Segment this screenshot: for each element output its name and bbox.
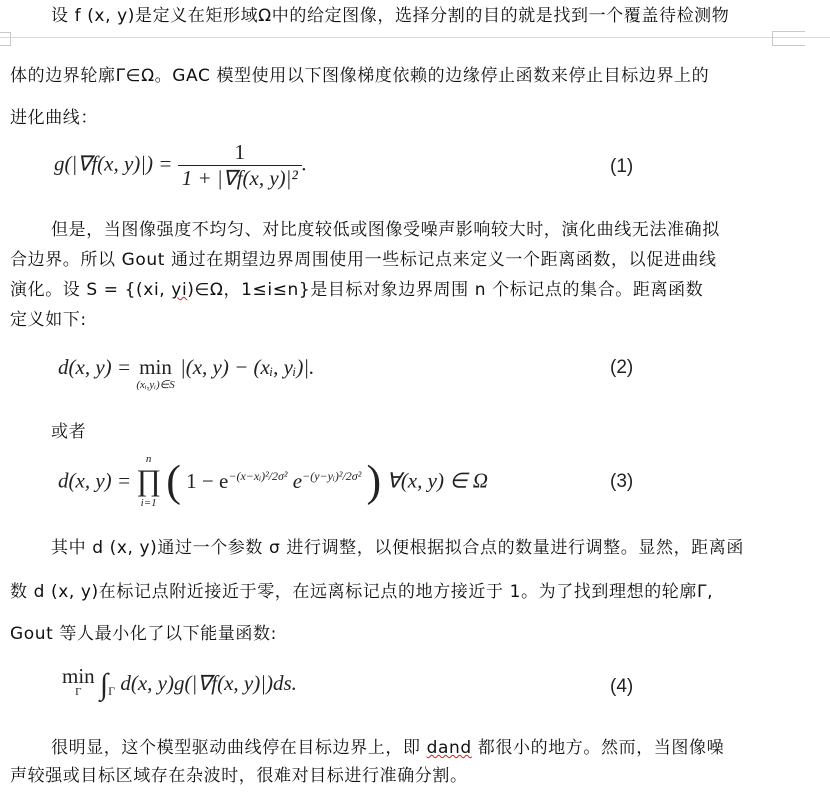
eq3-product-lower: i=1 xyxy=(136,496,161,510)
eq3-right-paren: ) xyxy=(367,457,382,506)
page-corner-mark-right xyxy=(772,31,805,46)
equation-2: d(x, y) = min (xᵢ,yᵢ)∈S |(x, y) − (xᵢ, y… xyxy=(58,355,314,390)
p2-line3-part-a: 演化。设 S = {(xi, xyxy=(10,280,171,300)
paragraph-3-line-1: 其中 d (x, y)通过一个参数 σ 进行调整，以便根据拟合点的数量进行调整。… xyxy=(51,536,744,560)
eq3-exponent-2: −(y−yᵢ)²/2σ² xyxy=(302,469,361,483)
paragraph-3-line-3: Gout 等人最小化了以下能量函数: xyxy=(10,622,277,646)
eq3-product-operator: n ∏ i=1 xyxy=(136,452,161,510)
eq3-body-b: e xyxy=(293,469,302,493)
page-corner-mark-left xyxy=(0,32,11,46)
eq1-numerator: 1 xyxy=(178,140,302,166)
eq3-body-a: 1 − e xyxy=(186,469,228,493)
eq1-period: . xyxy=(302,151,307,175)
equation-3-number: (3) xyxy=(610,471,633,493)
equation-1: g(|∇f(x, y)|) = 1 1 + |∇f(x, y)|² . xyxy=(54,140,307,191)
eq2-min: min xyxy=(139,355,172,379)
eq2-lhs: d(x, y) = xyxy=(58,355,131,379)
spellcheck-flagged-word[interactable]: yi xyxy=(171,280,187,300)
eq1-fraction: 1 1 + |∇f(x, y)|² xyxy=(178,140,302,191)
eq1-denominator: 1 + |∇f(x, y)|² xyxy=(178,166,302,191)
eq2-min-subscript: (xᵢ,yᵢ)∈S xyxy=(136,380,174,390)
eq3-exponent-1: −(x−xᵢ)²/2σ² xyxy=(228,469,287,483)
eq4-integral-subscript: Γ xyxy=(108,684,115,698)
eq4-min: min xyxy=(62,668,95,684)
paragraph-2-line-1: 但是，当图像强度不均匀、对比度较低或图像受噪声影响较大时，演化曲线无法准确拟 xyxy=(51,218,720,242)
paragraph-3-line-2: 数 d (x, y)在标记点附近接近于零，在远离标记点的地方接近于 1。为了找到… xyxy=(10,580,713,604)
eq2-min-operator: min (xᵢ,yᵢ)∈S xyxy=(136,355,174,390)
paragraph-2-line-4: 定义如下: xyxy=(10,308,87,332)
or-text: 或者 xyxy=(51,420,86,444)
paragraph-1-line-3: 进化曲线： xyxy=(10,106,98,130)
paragraph-1-line-1: 设 f (x, y)是定义在矩形域Ω中的给定图像，选择分割的目的就是找到一个覆盖… xyxy=(51,4,729,28)
eq3-lhs: d(x, y) = xyxy=(58,469,131,493)
eq3-left-paren: ( xyxy=(166,457,181,506)
p4-line1-part-a: 很明显，这个模型驱动曲线停在目标边界上，即 xyxy=(51,738,427,758)
paragraph-4-line-2: 声较强或目标区域存在杂波时，很难对目标进行准确分割。 xyxy=(10,764,468,788)
p2-line3-part-c: )∈Ω，1≤i≤n}是目标对象边界周围 n 个标记点的集合。距离函数 xyxy=(187,280,703,300)
eq3-rhs: ∀(x, y) ∈ Ω xyxy=(386,469,487,493)
eq2-rhs: |(x, y) − (xᵢ, yᵢ)|. xyxy=(180,355,314,379)
paragraph-1-line-2: 体的边界轮廓Γ∈Ω。GAC 模型使用以下图像梯度依赖的边缘停止函数来停止目标边界… xyxy=(10,64,709,88)
equation-4: min Γ ∫Γ d(x, y)g(|∇f(x, y)|)ds. xyxy=(62,668,297,702)
paragraph-4-line-1: 很明显，这个模型驱动曲线停在目标边界上，即 dand 都很小的地方。然而，当图像… xyxy=(51,736,724,760)
page-break-line xyxy=(0,37,830,38)
eq3-product-symbol: ∏ xyxy=(136,466,161,496)
equation-4-number: (4) xyxy=(610,676,633,698)
equation-3: d(x, y) = n ∏ i=1 ( 1 − e−(x−xᵢ)²/2σ² e−… xyxy=(58,452,488,510)
equation-2-number: (2) xyxy=(610,357,633,379)
p4-line1-part-c: 都很小的地方。然而，当图像噪 xyxy=(472,738,724,758)
eq4-min-operator: min Γ xyxy=(62,668,95,700)
paragraph-2-line-2: 合边界。所以 Gout 通过在期望边界周围使用一些标记点来定义一个距离函数，以促… xyxy=(10,248,717,272)
spellcheck-flagged-word[interactable]: dand xyxy=(427,738,472,758)
eq4-integral-symbol: ∫ xyxy=(100,668,108,701)
equation-1-number: (1) xyxy=(610,156,633,178)
eq1-lhs: g(|∇f(x, y)|) = xyxy=(54,151,172,175)
paragraph-2-line-3: 演化。设 S = {(xi, yi)∈Ω，1≤i≤n}是目标对象边界周围 n 个… xyxy=(10,278,703,302)
eq4-body: d(x, y)g(|∇f(x, y)|)ds. xyxy=(120,671,297,695)
